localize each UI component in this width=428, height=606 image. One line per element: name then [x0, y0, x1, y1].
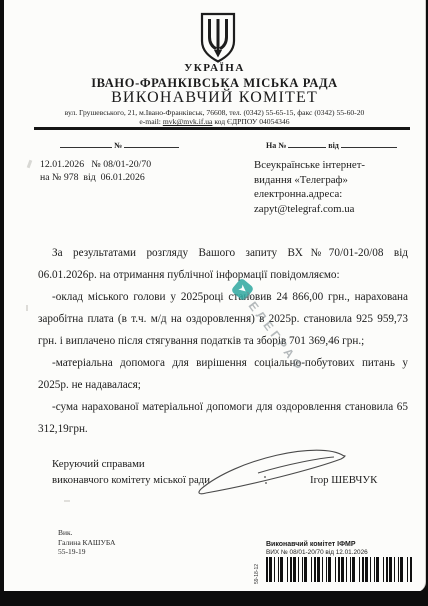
- document-page: УКРАЇНА ІВАНО-ФРАНКІВСЬКА МІСЬКА РАДА ВИ…: [4, 0, 426, 592]
- reply-number-field: На № від: [266, 138, 397, 150]
- blank-line: [288, 138, 326, 148]
- header-rule: [34, 127, 410, 130]
- scan-edge-bottom: [0, 591, 428, 606]
- blank-line: [60, 138, 112, 148]
- signatory-title-line: виконавчого комітету міської ради: [52, 472, 210, 488]
- barcode-org-label: Виконавчий комітет ІФМР: [266, 541, 356, 548]
- scan-artifact: [64, 500, 70, 502]
- in-reply-line: на № 978 від 06.01.2026: [40, 172, 145, 183]
- vid-label: від: [328, 141, 339, 150]
- addressee-line: Всеукраїнське інтернет-: [254, 158, 414, 173]
- addressee-email[interactable]: zapyt@telegraf.com.ua: [254, 202, 414, 217]
- barcode-doc-label: ВИХ № 08/01-20/70 від 12.01.2026: [266, 549, 368, 556]
- body-paragraph-salary: -оклад міського голови у 2025році станов…: [38, 286, 408, 352]
- out-date-line: 12.01.2026 № 08/01-20/70: [40, 159, 151, 170]
- body-paragraph-health-aid: -сума нарахованої матеріальної допомоги …: [38, 396, 408, 440]
- executor-block: Вик. Галина КАШУБА 55-19-19: [58, 528, 115, 557]
- scan-artifact: [27, 160, 33, 169]
- signatory-title: Керуючий справами виконавчого комітету м…: [52, 456, 210, 488]
- executor-label: Вик.: [58, 528, 115, 538]
- body-paragraph-intro: За результатами розгляду Вашого запиту В…: [38, 242, 408, 286]
- ukraine-trident-emblem-icon: [196, 12, 240, 64]
- blank-line: [124, 138, 179, 148]
- addressee-line: електронна.адреса:: [254, 187, 414, 202]
- body-paragraph-material-aid: -матеріальна допомога для вирішення соці…: [38, 352, 408, 396]
- email-label: e-mail:: [139, 117, 162, 126]
- email-address[interactable]: mvk@mvk.if.ua: [163, 117, 213, 126]
- committee-title: ВИКОНАВЧИЙ КОМІТЕТ: [4, 89, 425, 107]
- scan-edge-left: [0, 0, 4, 606]
- na-no-label: На №: [266, 141, 286, 150]
- scan-artifact: [26, 305, 28, 311]
- letter-body: За результатами розгляду Вашого запиту В…: [38, 242, 408, 440]
- addressee-block: Всеукраїнське інтернет- видання «Телегра…: [254, 158, 414, 216]
- barcode-side-code: 59-18-12: [254, 556, 260, 584]
- executor-name: Галина КАШУБА: [58, 538, 115, 548]
- blank-line: [341, 138, 397, 148]
- registration-barcode: [266, 557, 412, 582]
- signatory-title-line: Керуючий справами: [52, 456, 210, 472]
- executor-phone: 55-19-19: [58, 547, 115, 557]
- country-title: УКРАЇНА: [4, 62, 425, 74]
- outgoing-date-block: 12.01.2026 № 08/01-20/70на № 978 від 06.…: [40, 158, 151, 184]
- outgoing-number-field: №: [60, 138, 179, 150]
- edrpou-code: код ЄДРПОУ 04054346: [212, 117, 289, 126]
- signatory-name: Ігор ШЕВЧУК: [310, 474, 377, 486]
- addressee-line: видання «Телеграф»: [254, 173, 414, 188]
- address-line: вул. Грушевського, 21, м.Івано-Франківсь…: [4, 108, 425, 117]
- number-sign-label: №: [114, 141, 122, 150]
- email-line: e-mail: mvk@mvk.if.ua код ЄДРПОУ 0405434…: [4, 117, 425, 126]
- handwritten-signature: [192, 443, 354, 501]
